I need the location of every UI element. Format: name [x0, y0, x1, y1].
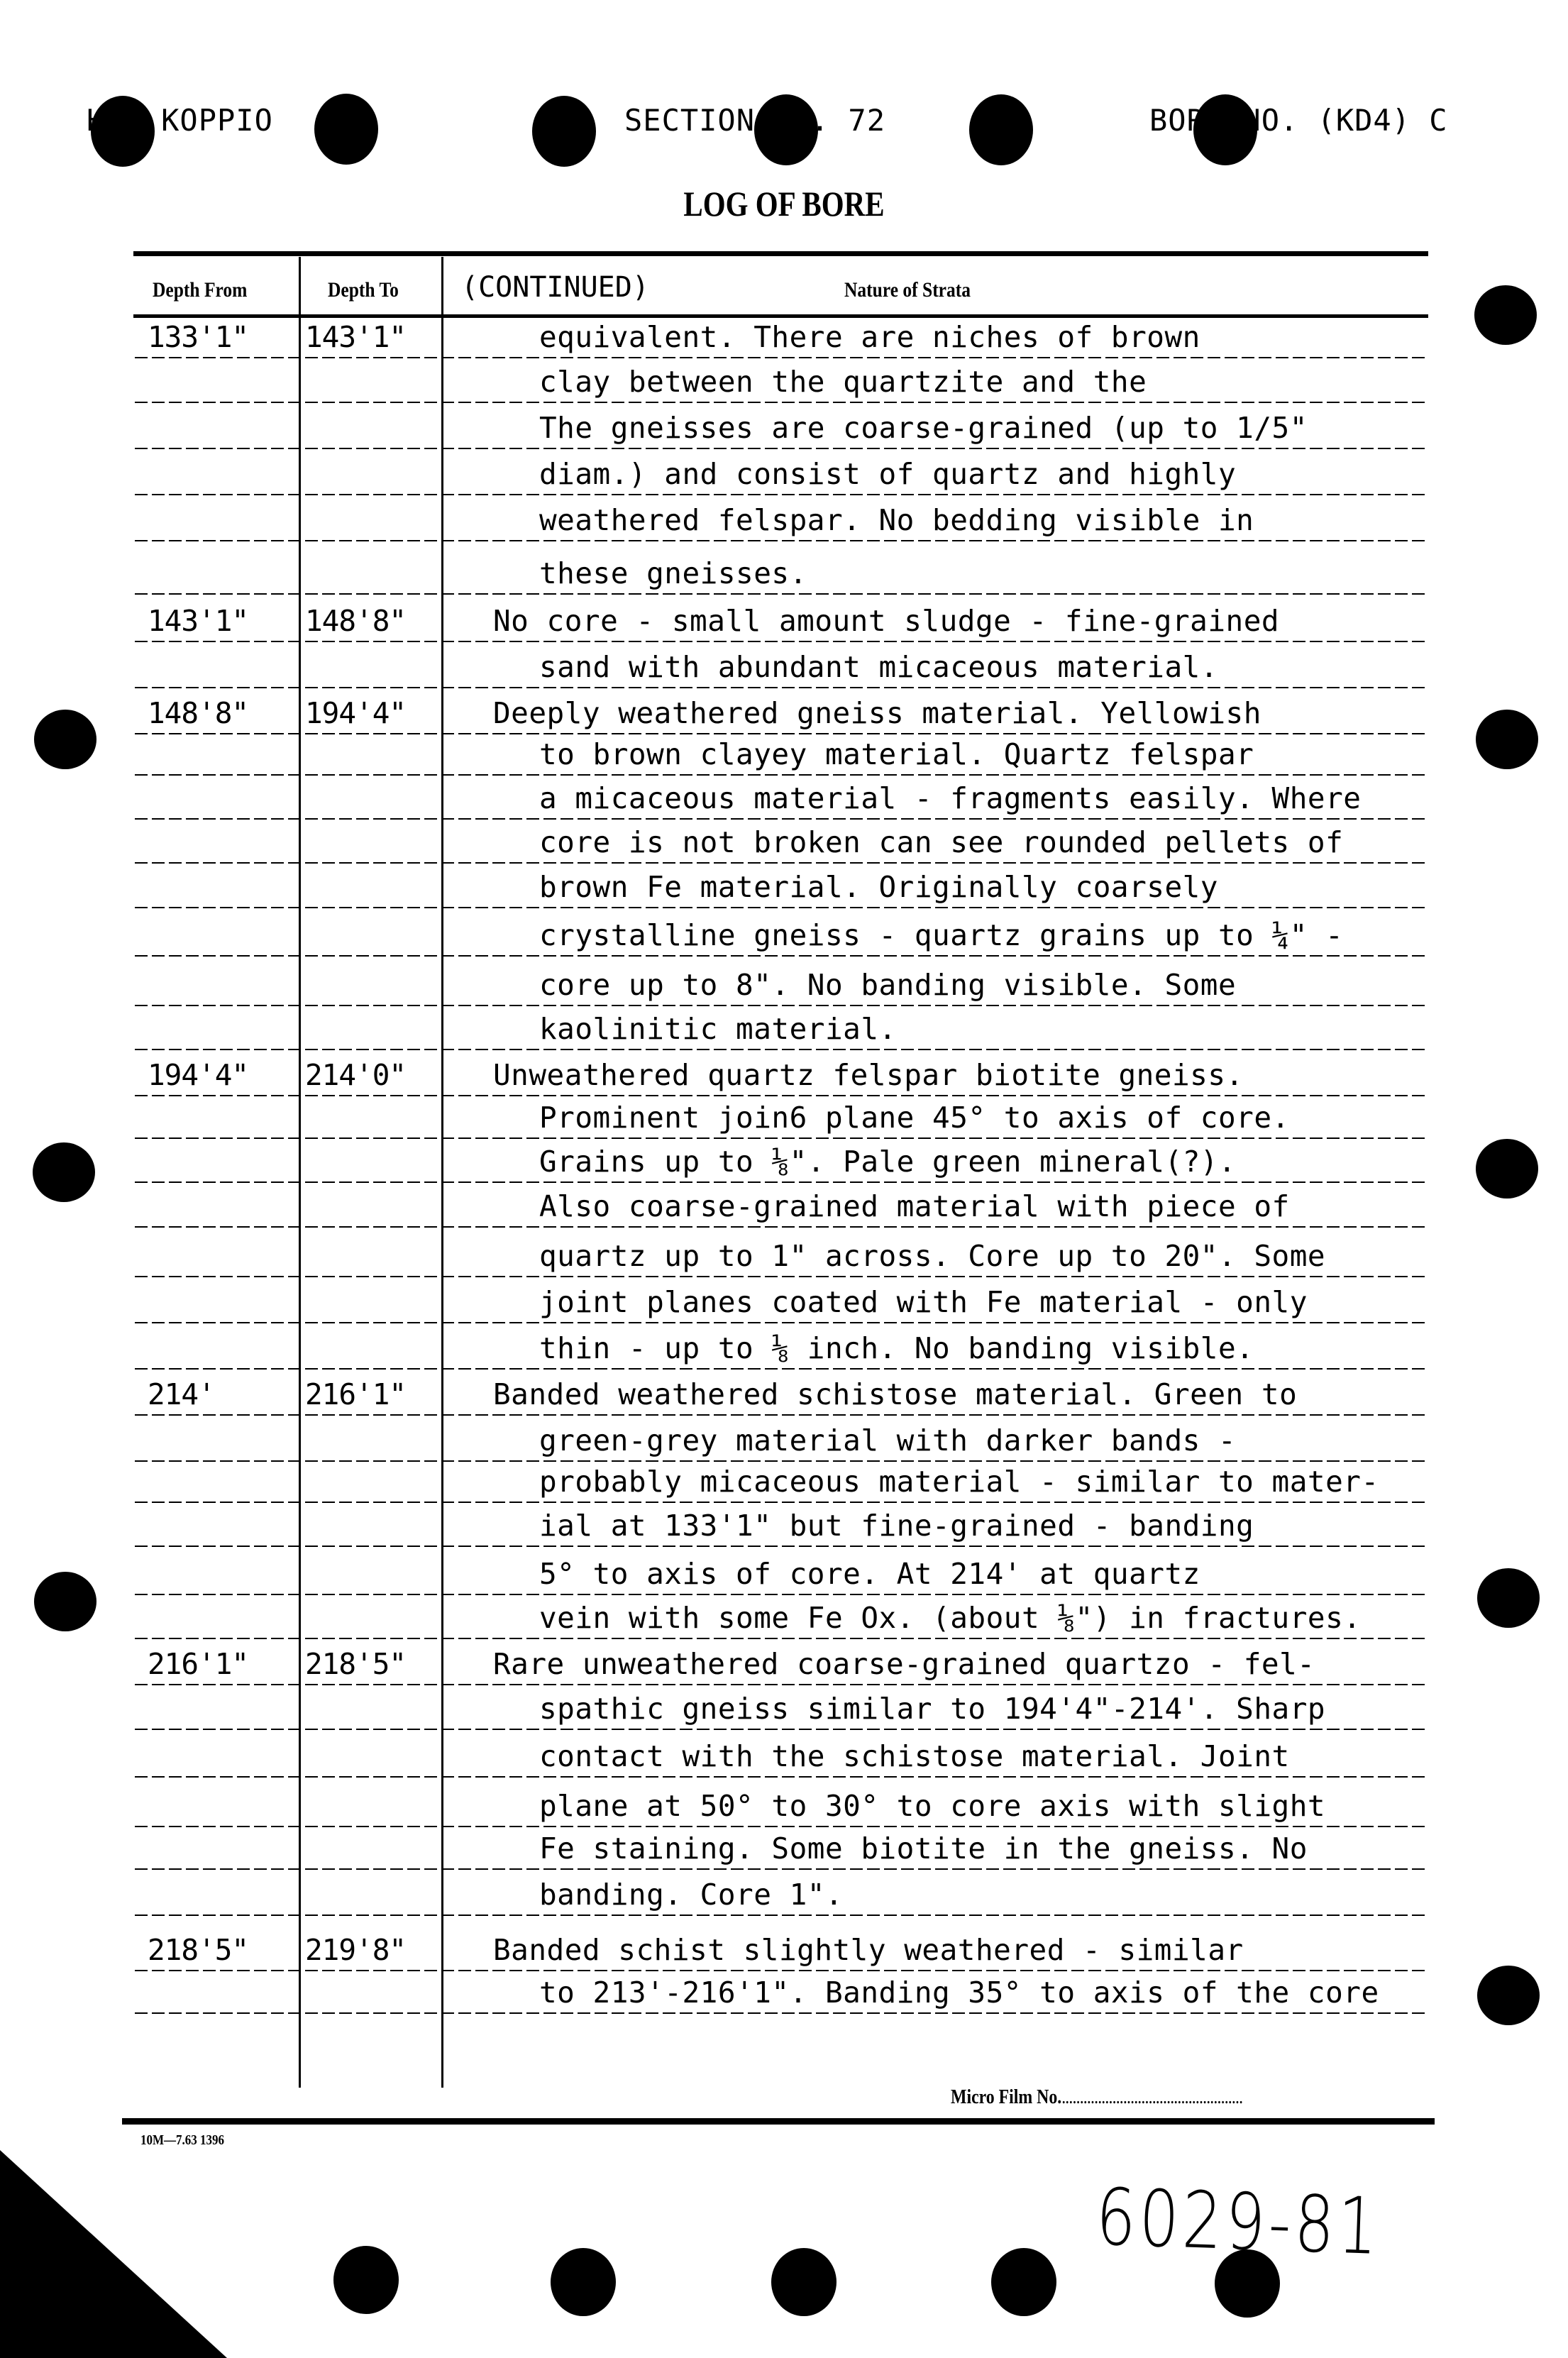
table-row: clay between the quartzite and the — [135, 358, 1426, 403]
row-rule — [135, 1776, 1426, 1778]
row-rule — [135, 687, 1426, 688]
strata-description: equivalent. There are niches of brown — [539, 320, 1200, 354]
strata-description: ial at 133'1" but fine-grained - banding — [539, 1509, 1254, 1543]
punch-hole — [1476, 710, 1538, 769]
depth-to-cell: 216'1" — [305, 1377, 406, 1411]
depth-from-cell: 216'1" — [148, 1647, 248, 1681]
strata-description: diam.) and consist of quartz and highly — [539, 457, 1236, 491]
punch-hole — [969, 94, 1033, 165]
row-rule — [135, 1322, 1426, 1323]
punch-hole — [1477, 1966, 1540, 2025]
table-row: The gneisses are coarse-grained (up to 1… — [135, 404, 1426, 449]
row-rule — [135, 1276, 1426, 1277]
strata-description: No core - small amount sludge - fine-gra… — [493, 604, 1279, 638]
table-row: sand with abundant micaceous material. — [135, 643, 1426, 688]
strata-description: these gneisses. — [539, 556, 807, 590]
strata-description: thin - up to ⅛ inch. No banding visible. — [539, 1331, 1254, 1365]
punch-hole — [991, 2248, 1056, 2316]
strata-description: contact with the schistose material. Joi… — [539, 1739, 1290, 1773]
depth-from-cell: 214' — [148, 1377, 215, 1411]
row-rule — [135, 1729, 1426, 1730]
depth-to-cell: 143'1" — [305, 320, 406, 354]
row-rule — [135, 1414, 1426, 1416]
table-row: quartz up to 1" across. Core up to 20". … — [135, 1232, 1426, 1277]
depth-to-cell: 214'0" — [305, 1058, 406, 1092]
table-row: probably micaceous material - similar to… — [135, 1458, 1426, 1503]
strata-description: Prominent join6 plane 45° to axis of cor… — [539, 1101, 1290, 1135]
strata-description: Banded weathered schistose material. Gre… — [493, 1377, 1297, 1411]
table-row: Also coarse-grained material with piece … — [135, 1182, 1426, 1228]
punch-hole — [33, 1142, 95, 1202]
table-row: brown Fe material. Originally coarsely — [135, 863, 1426, 908]
table-row: Fe staining. Some biotite in the gneiss.… — [135, 1824, 1426, 1870]
strata-description: Deeply weathered gneiss material. Yellow… — [493, 696, 1261, 730]
strata-description: plane at 50° to 30° to core axis with sl… — [539, 1789, 1325, 1823]
table-row: contact with the schistose material. Joi… — [135, 1732, 1426, 1778]
section-label: SECTION NO. 72 — [624, 103, 885, 138]
print-code: 10M—7.63 1396 — [140, 2132, 224, 2149]
strata-description: The gneisses are coarse-grained (up to 1… — [539, 411, 1308, 445]
continued-label: (CONTINUED) — [461, 271, 649, 304]
depth-from-cell: 143'1" — [148, 604, 248, 638]
table-row: Grains up to ⅛". Pale green mineral(?). — [135, 1137, 1426, 1183]
strata-description: kaolinitic material. — [539, 1012, 897, 1046]
table-row: joint planes coated with Fe material - o… — [135, 1278, 1426, 1323]
punch-hole — [1476, 1139, 1538, 1199]
strata-description: green-grey material with darker bands - — [539, 1423, 1236, 1458]
bore-label: BORE NO. (KD4) C — [1149, 103, 1448, 138]
table-row: core is not broken can see rounded pelle… — [135, 818, 1426, 864]
strata-description: Fe staining. Some biotite in the gneiss.… — [539, 1831, 1308, 1866]
row-rule — [135, 2012, 1426, 2014]
strata-description: 5° to axis of core. At 214' at quartz — [539, 1557, 1200, 1591]
row-rule — [135, 1368, 1426, 1370]
depth-to-cell: 218'5" — [305, 1647, 406, 1681]
row-rule — [135, 955, 1426, 957]
punch-hole — [532, 96, 596, 167]
micro-film-blank: ........................................… — [1061, 2086, 1242, 2108]
row-rule — [135, 1868, 1426, 1870]
table-row: plane at 50° to 30° to core axis with sl… — [135, 1782, 1426, 1827]
table-row: a micaceous material - fragments easily.… — [135, 774, 1426, 820]
table-row: 148'8"194'4"Deeply weathered gneiss mate… — [135, 689, 1426, 734]
depth-from-cell: 148'8" — [148, 696, 248, 730]
table-row: these gneisses. — [135, 549, 1426, 595]
table-row: 214'216'1"Banded weathered schistose mat… — [135, 1370, 1426, 1416]
table-row: 143'1"148'8"No core - small amount sludg… — [135, 597, 1426, 642]
table-row: 216'1"218'5"Rare unweathered coarse-grai… — [135, 1640, 1426, 1685]
punch-hole — [1477, 1568, 1540, 1628]
row-rule — [135, 593, 1426, 595]
strata-description: clay between the quartzite and the — [539, 365, 1147, 399]
table-row: spathic gneiss similar to 194'4"-214'. S… — [135, 1685, 1426, 1730]
punch-hole — [333, 2246, 399, 2314]
depth-to-cell: 194'4" — [305, 696, 406, 730]
strata-description: crystalline gneiss - quartz grains up to… — [539, 918, 1343, 952]
table-row: crystalline gneiss - quartz grains up to… — [135, 911, 1426, 957]
depth-from-cell: 133'1" — [148, 320, 248, 354]
punch-hole — [34, 710, 96, 769]
table-row: core up to 8". No banding visible. Some — [135, 961, 1426, 1006]
micro-film-label: Micro Film No. — [951, 2086, 1061, 2108]
punch-hole — [314, 94, 378, 165]
strata-description: a micaceous material - fragments easily.… — [539, 781, 1361, 815]
row-rule — [135, 402, 1426, 403]
column-header-depth-to: Depth To — [328, 278, 399, 302]
row-rule — [135, 641, 1426, 642]
table-row: ial at 133'1" but fine-grained - banding — [135, 1502, 1426, 1547]
table-row: banding. Core 1". — [135, 1871, 1426, 1916]
hundred-label: HD. KOPPIO — [87, 103, 273, 138]
table-row: diam.) and consist of quartz and highly — [135, 450, 1426, 495]
row-rule — [135, 1226, 1426, 1228]
table-top-rule — [133, 251, 1428, 256]
row-rule — [135, 1638, 1426, 1639]
strata-description: Rare unweathered coarse-grained quartzo … — [493, 1647, 1315, 1681]
strata-description: sand with abundant micaceous material. — [539, 650, 1218, 684]
punch-hole — [34, 1572, 96, 1631]
strata-description: probably micaceous material - similar to… — [539, 1465, 1379, 1499]
table-row: to 213'-216'1". Banding 35° to axis of t… — [135, 1968, 1426, 2014]
strata-description: spathic gneiss similar to 194'4"-214'. S… — [539, 1692, 1325, 1726]
depth-to-cell: 219'8" — [305, 1933, 406, 1967]
table-row: kaolinitic material. — [135, 1005, 1426, 1050]
strata-description: Unweathered quartz felspar biotite gneis… — [493, 1058, 1244, 1092]
row-rule — [135, 448, 1426, 449]
punch-hole — [551, 2248, 616, 2316]
punch-hole — [1215, 2249, 1280, 2318]
strata-description: joint planes coated with Fe material - o… — [539, 1285, 1308, 1319]
row-rule — [135, 1915, 1426, 1916]
punch-hole — [771, 2248, 837, 2316]
strata-description: to brown clayey material. Quartz felspar — [539, 737, 1254, 771]
table-row: to brown clayey material. Quartz felspar — [135, 730, 1426, 776]
table-row: 133'1"143'1"equivalent. There are niches… — [135, 313, 1426, 358]
table-row: 5° to axis of core. At 214' at quartz — [135, 1550, 1426, 1595]
table-bottom-rule — [122, 2118, 1435, 2125]
row-rule — [135, 907, 1426, 908]
page-title: LOG OF BORE — [141, 183, 1427, 224]
table-row: Prominent join6 plane 45° to axis of cor… — [135, 1093, 1426, 1139]
strata-description: weathered felspar. No bedding visible in — [539, 503, 1254, 537]
table-row: green-grey material with darker bands - — [135, 1416, 1426, 1462]
strata-description: quartz up to 1" across. Core up to 20". … — [539, 1239, 1325, 1273]
row-rule — [135, 1546, 1426, 1547]
strata-description: vein with some Fe Ox. (about ⅛") in frac… — [539, 1601, 1361, 1635]
depth-from-cell: 194'4" — [148, 1058, 248, 1092]
table-row: vein with some Fe Ox. (about ⅛") in frac… — [135, 1594, 1426, 1639]
strata-description: core is not broken can see rounded pelle… — [539, 825, 1343, 859]
row-rule — [135, 540, 1426, 541]
strata-description: Banded schist slightly weathered - simil… — [493, 1933, 1244, 1967]
table-row: 194'4"214'0"Unweathered quartz felspar b… — [135, 1051, 1426, 1096]
strata-description: Also coarse-grained material with piece … — [539, 1189, 1290, 1223]
micro-film-field: Micro Film No...........................… — [951, 2086, 1242, 2109]
table-row: thin - up to ⅛ inch. No banding visible. — [135, 1324, 1426, 1370]
table-row: 218'5"219'8"Banded schist slightly weath… — [135, 1926, 1426, 1971]
depth-from-cell: 218'5" — [148, 1933, 248, 1967]
punch-hole — [1474, 285, 1537, 345]
row-rule — [135, 494, 1426, 495]
strata-description: to 213'-216'1". Banding 35° to axis of t… — [539, 1976, 1379, 2010]
column-header-nature-of-strata: Nature of Strata — [844, 278, 971, 302]
strata-description: brown Fe material. Originally coarsely — [539, 870, 1218, 904]
strata-description: Grains up to ⅛". Pale green mineral(?). — [539, 1145, 1236, 1179]
table-row: weathered felspar. No bedding visible in — [135, 496, 1426, 541]
strata-description: core up to 8". No banding visible. Some — [539, 968, 1236, 1002]
strata-description: banding. Core 1". — [539, 1878, 843, 1912]
depth-to-cell: 148'8" — [305, 604, 406, 638]
scan-shadow-corner — [0, 2150, 227, 2358]
row-rule — [135, 1049, 1426, 1050]
column-header-depth-from: Depth From — [153, 278, 247, 302]
